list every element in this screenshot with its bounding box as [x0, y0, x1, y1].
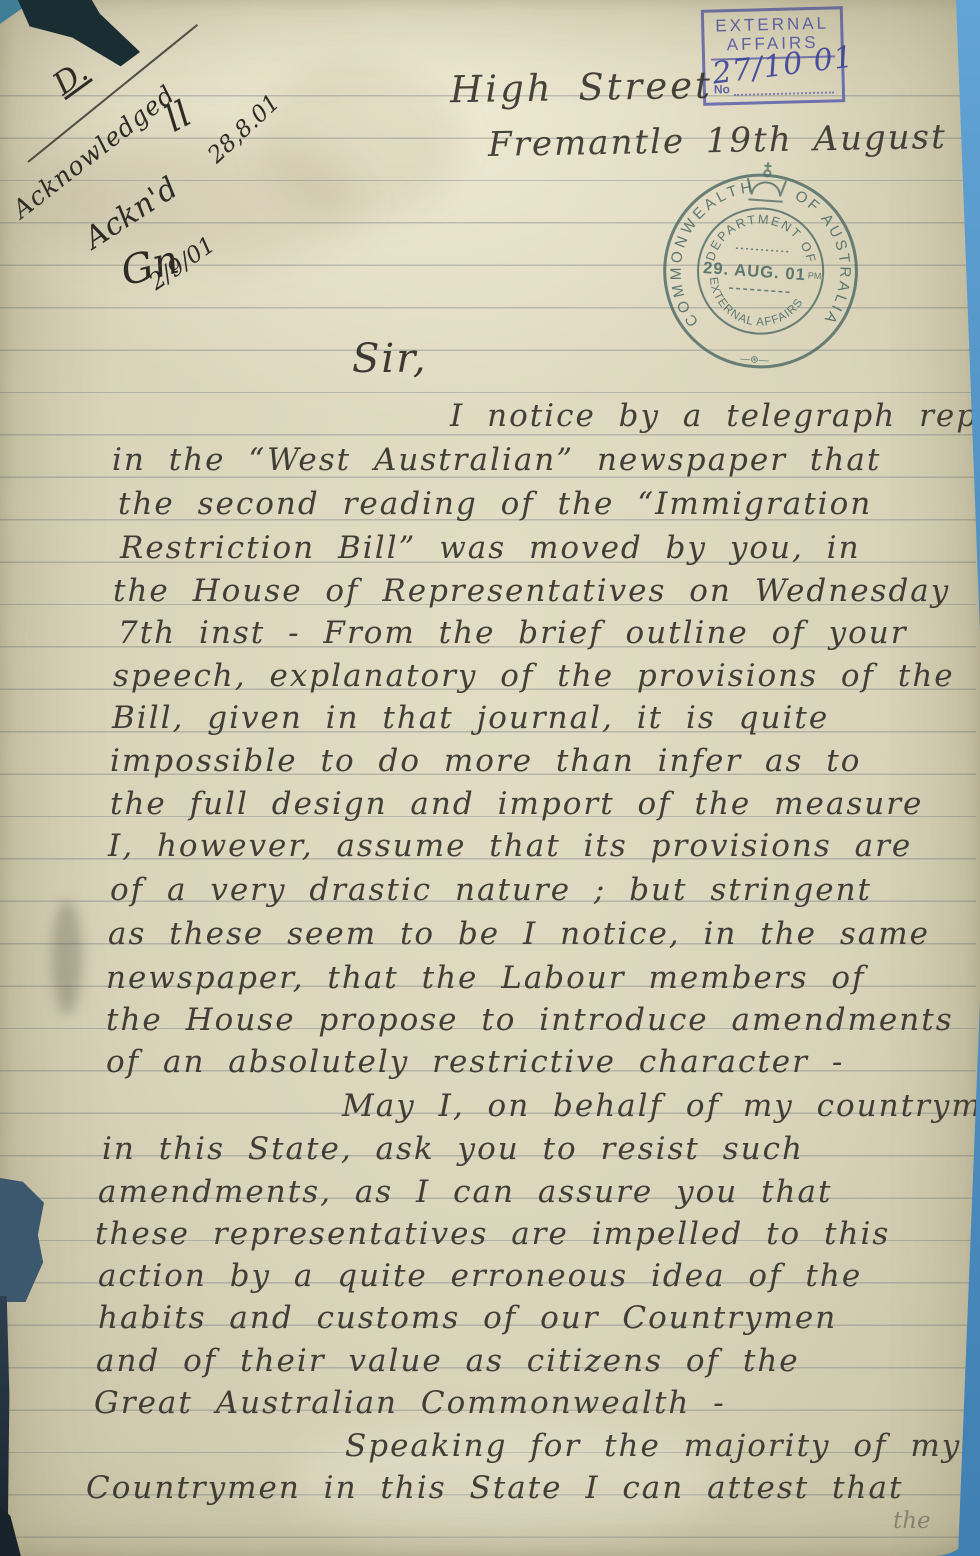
handwritten-line: Bill, given in that journal, it is quite [112, 700, 829, 736]
handwritten-line: and of their value as citizens of the [96, 1343, 800, 1379]
department-date-stamp: COMMONWEALTH OF AUSTRALIA DEPARTMENT OF … [643, 147, 880, 384]
letter-page: D. Acknowledged ll 28,8.01 Ackn'd Gn 2/9… [0, 0, 980, 1556]
handwritten-line: these representatives are impelled to th… [95, 1216, 890, 1252]
handwritten-line: newspaper, that the Labour members of [106, 960, 866, 996]
stamp-arc-text: EXTERNAL AFFAIRS [703, 275, 807, 332]
handwritten-line: as these seem to be I notice, in the sam… [108, 916, 930, 952]
handwritten-line: I, however, assume that its provisions a… [108, 828, 912, 864]
handwritten-line: 7th inst - From the brief outline of you… [118, 615, 908, 651]
stamp-meridiem: PM [807, 270, 821, 281]
handwritten-line: I notice by a telegraph report [450, 398, 980, 434]
handwritten-line: amendments, as I can assure you that [98, 1174, 832, 1210]
handwritten-line: Countrymen in this State I can attest th… [86, 1470, 903, 1506]
handwritten-line: the House propose to introduce amendment… [106, 1002, 954, 1038]
handwritten-line: in this State, ask you to resist such [102, 1131, 804, 1167]
handwritten-line: Great Australian Commonwealth - [94, 1385, 726, 1421]
dotted-line [734, 90, 834, 96]
handwritten-line: Restriction Bill” was moved by you, in [120, 530, 861, 566]
salutation: Sir, [352, 336, 428, 382]
handwritten-line: May I, on behalf of my countrymen [342, 1088, 980, 1124]
handwritten-line: habits and customs of our Countrymen [98, 1300, 837, 1336]
handwritten-line: of an absolutely restrictive character - [106, 1044, 844, 1080]
catchword: the [893, 1508, 931, 1534]
handwritten-line: the House of Representatives on Wednesda… [113, 573, 950, 609]
handwritten-line: speech, explanatory of the provisions of… [113, 658, 955, 694]
handwritten-line: in the “West Australian” newspaper that [112, 442, 881, 478]
stamp-ornament: —⊛— [740, 354, 770, 367]
handwritten-line: action by a quite erroneous idea of the [98, 1258, 862, 1294]
handwritten-line: impossible to do more than infer as to [110, 743, 861, 779]
photographed-document: D. Acknowledged ll 28,8.01 Ackn'd Gn 2/9… [0, 0, 980, 1556]
handwritten-line: the full design and import of the measur… [110, 786, 923, 822]
handwritten-line: of a very drastic nature ; but stringent [110, 872, 872, 908]
handwritten-line: the second reading of the “Immigration [118, 486, 872, 522]
address-line: High Street [450, 64, 714, 112]
handwritten-line: Speaking for the majority of my [345, 1428, 961, 1464]
